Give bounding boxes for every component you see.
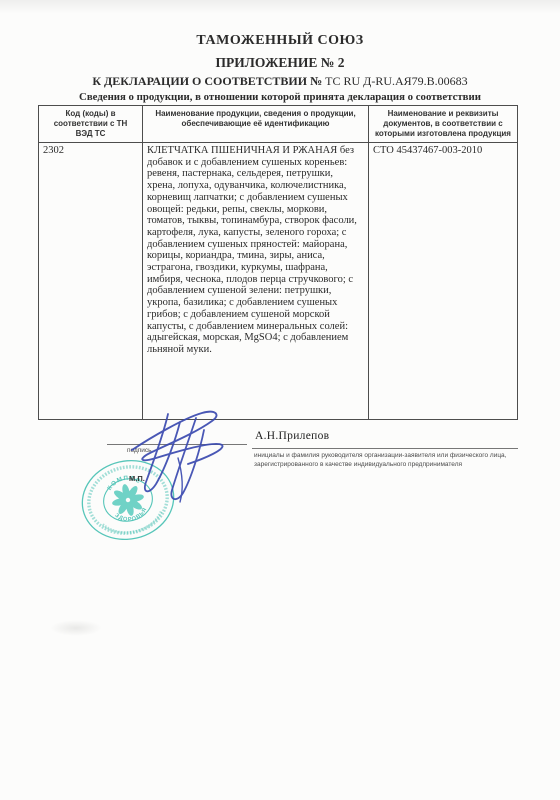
declaration-line: К ДЕКЛАРАЦИИ О СООТВЕТСТВИИ № ТС RU Д-RU… xyxy=(0,74,560,89)
declaration-label: К ДЕКЛАРАЦИИ О СООТВЕТСТВИИ № xyxy=(92,74,322,88)
table-caption: Сведения о продукции, в отношении которо… xyxy=(0,91,560,103)
document-page: ТАМОЖЕННЫЙ СОЮЗ ПРИЛОЖЕНИЕ № 2 К ДЕКЛАРА… xyxy=(0,0,560,800)
header-code: Код (коды) в соответствии с ТН ВЭД ТС xyxy=(39,106,143,143)
code-cell: 2302 xyxy=(39,143,143,420)
stamp-microtext-arc xyxy=(103,511,165,538)
product-cell: КЛЕТЧАТКА ПШЕНИЧНАЯ И РЖАНАЯ без добавок… xyxy=(143,143,369,420)
appendix-title: ПРИЛОЖЕНИЕ № 2 xyxy=(0,55,560,71)
header-documents: Наименование и реквизиты документов, в с… xyxy=(369,106,518,143)
table-header-row: Код (коды) в соответствии с ТН ВЭД ТС На… xyxy=(39,106,518,143)
signatory-name: А.Н.Прилепов xyxy=(255,430,329,442)
document-title: ТАМОЖЕННЫЙ СОЮЗ xyxy=(0,33,560,49)
products-table: Код (коды) в соответствии с ТН ВЭД ТС На… xyxy=(38,105,518,420)
name-caption: инициалы и фамилия руководителя организа… xyxy=(254,451,526,469)
table-row: 2302 КЛЕТЧАТКА ПШЕНИЧНАЯ И РЖАНАЯ без до… xyxy=(39,143,518,420)
handwritten-signature xyxy=(122,408,244,510)
name-line xyxy=(252,448,518,449)
header-product: Наименование продукции, сведения о проду… xyxy=(143,106,369,143)
declaration-number: ТС RU Д-RU.АЯ79.В.00683 xyxy=(325,74,468,88)
documents-cell: СТО 45437467-003-2010 xyxy=(369,143,518,420)
scan-smudge xyxy=(50,620,102,636)
